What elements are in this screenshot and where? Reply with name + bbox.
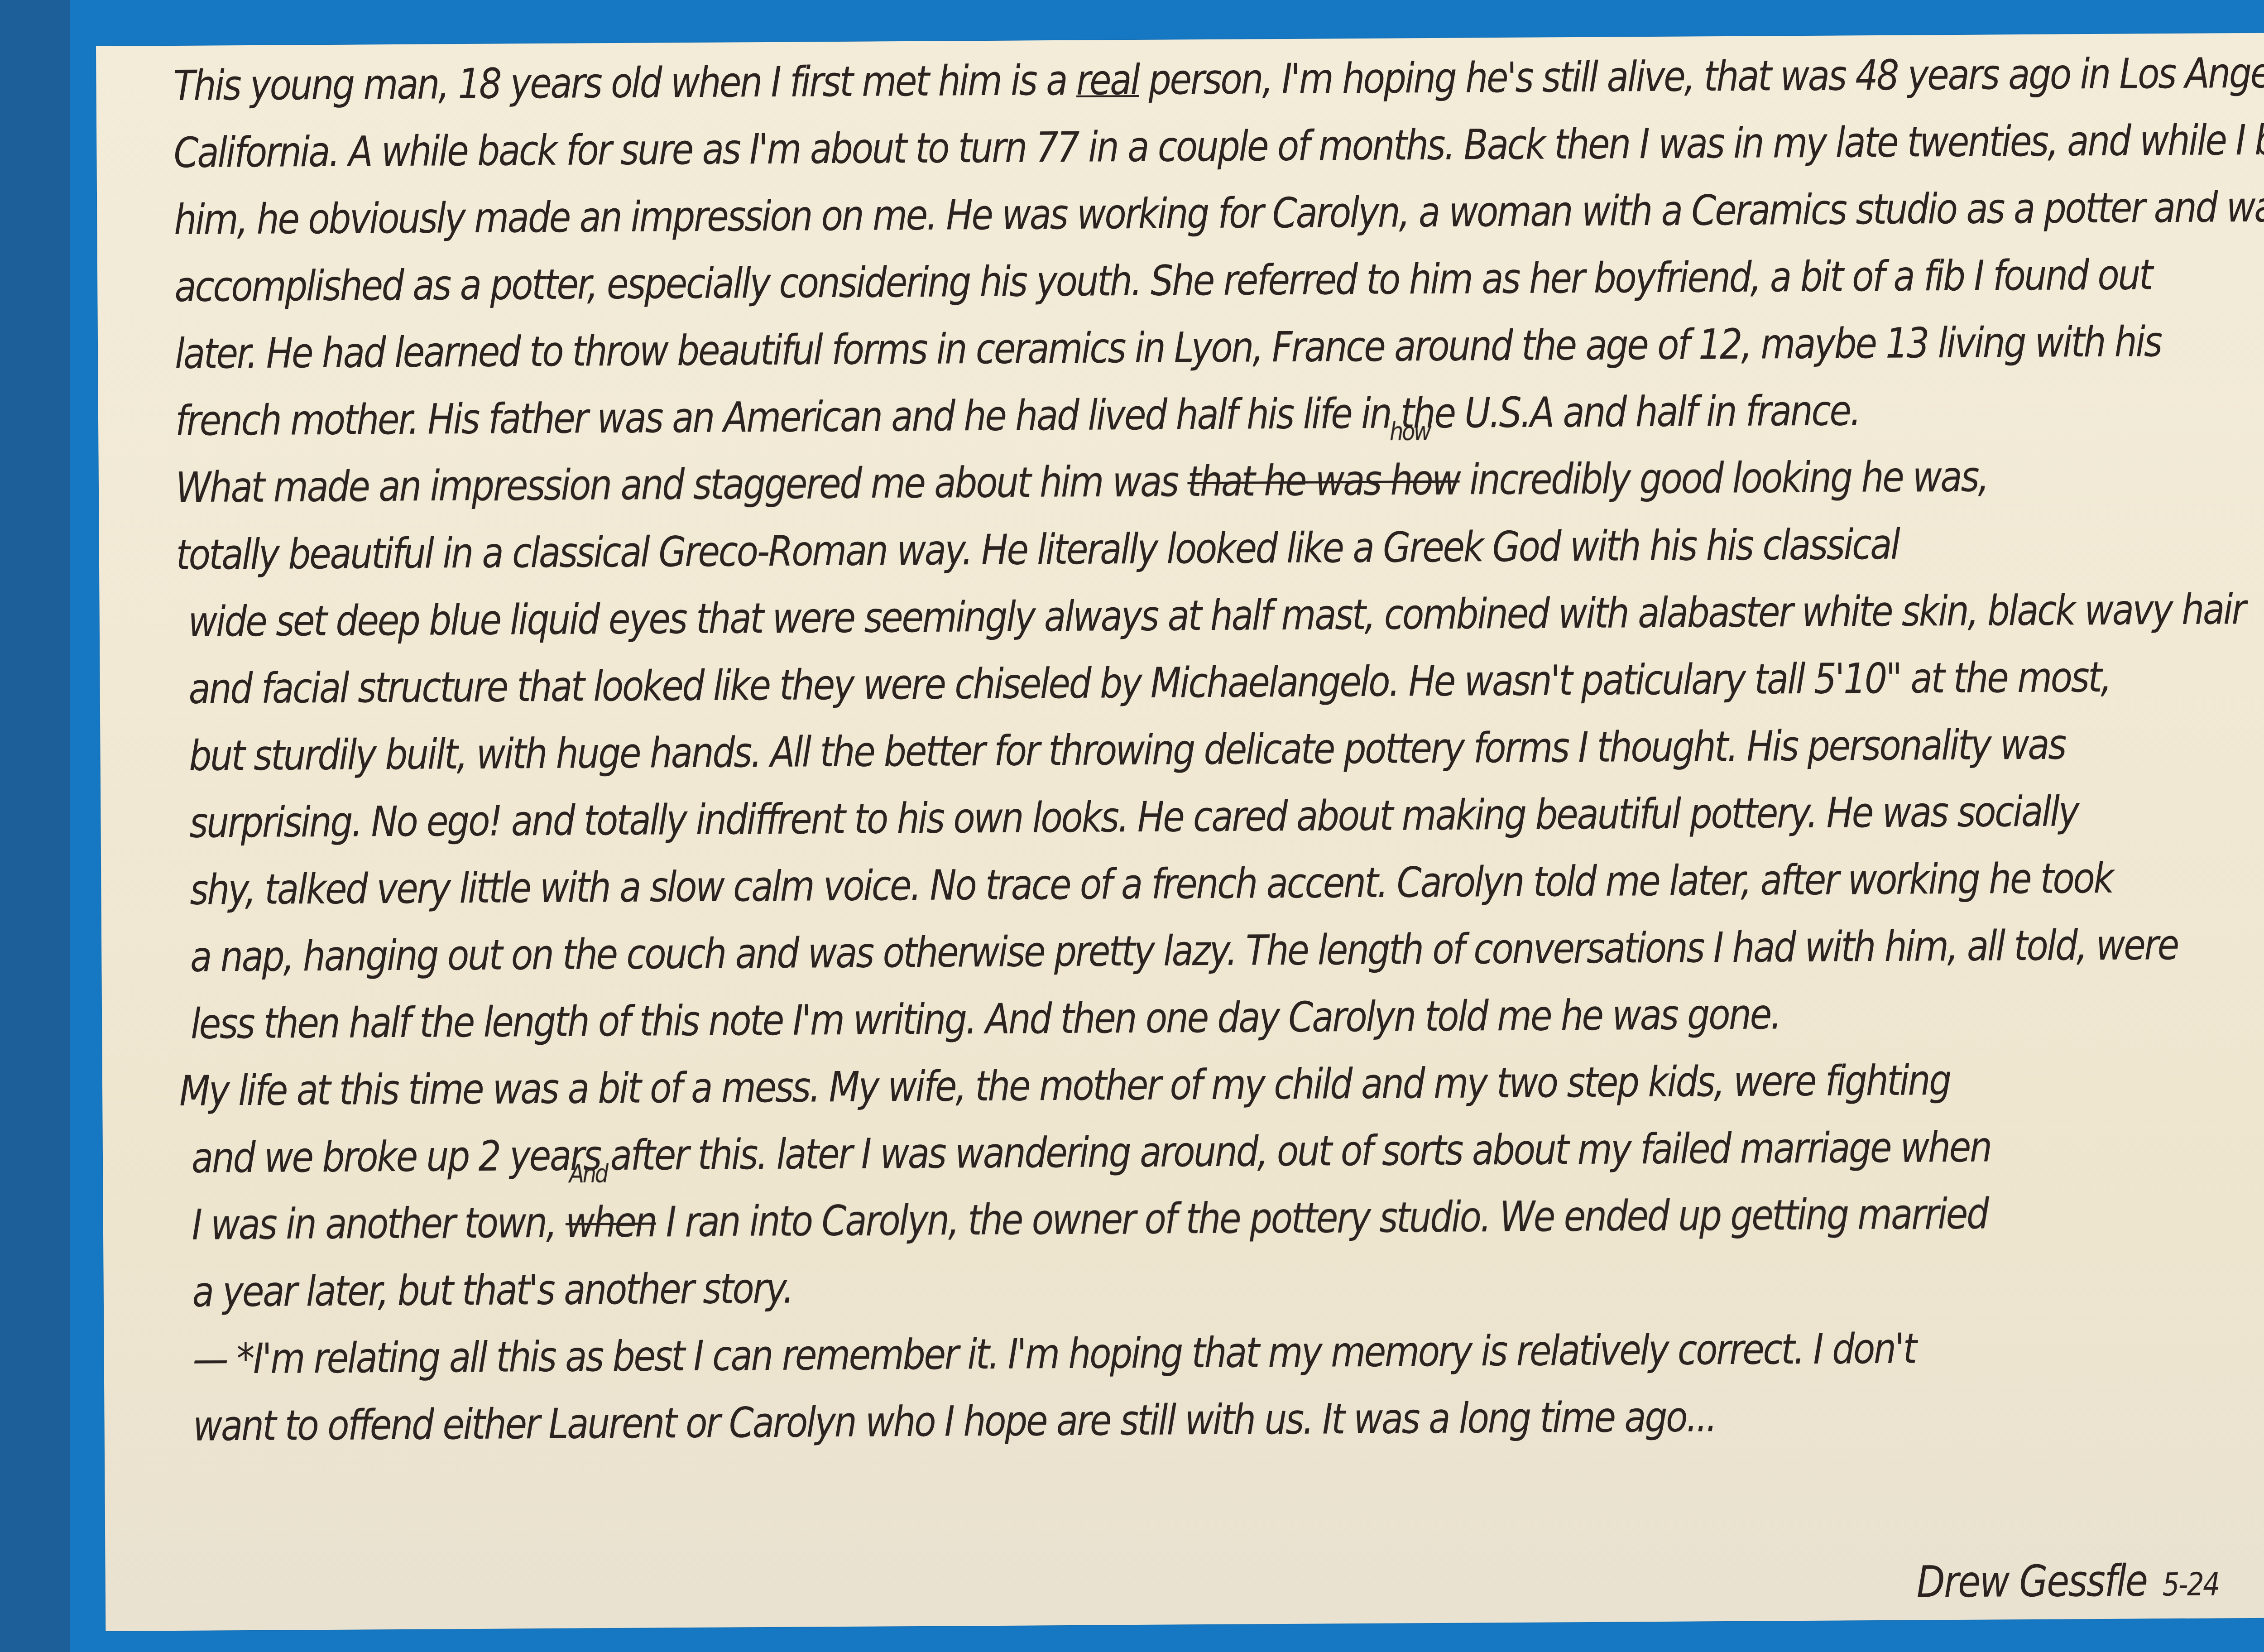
letter-line-11: but sturdily built, with huge hands. All… (177, 712, 1984, 790)
line-text: incredibly good looking he was, (1459, 452, 1988, 504)
letter-line-9: wide set deep blue liquid eyes that were… (176, 578, 1983, 656)
line-text: I ran into Carolyn, the owner of the pot… (656, 1190, 1988, 1247)
line-text: What made an impression and staggered me… (176, 457, 1188, 512)
inserted-text: how (1390, 419, 1430, 445)
letter-line-1: This young man, 18 years old when I firs… (173, 42, 1980, 120)
backdrop-left-strip (0, 0, 70, 1652)
correction: that he was howhow (1187, 447, 1460, 516)
signature-date: 5-24 (2162, 1566, 2219, 1603)
letter-line-6: french mother. His father was an America… (175, 377, 1982, 455)
letter-line-3: him, he obviously made an impression on … (174, 176, 1981, 254)
letter-body: This young man, 18 years old when I firs… (173, 40, 2264, 1460)
letter-line-17: and we broke up 2 years after this. late… (180, 1114, 1987, 1192)
line-text: I was in another town, (192, 1199, 566, 1249)
letter-line-4: accomplished as a potter, especially con… (174, 243, 1981, 321)
letter-paper: This young man, 18 years old when I firs… (96, 33, 2264, 1631)
letter-line-15: less then half the length of this note I… (179, 980, 1986, 1058)
letter-line-7: What made an impression and staggered me… (176, 444, 1983, 522)
letter-line-21: want to offend either Laurent or Carolyn… (181, 1382, 1988, 1460)
letter-line-20: — *I'm relating all this as best I can r… (181, 1315, 1988, 1393)
letter-line-14: a nap, hanging out on the couch and was … (178, 913, 1986, 991)
letter-line-8: totally beautiful in a classical Greco-R… (176, 511, 1983, 589)
letter-line-5: later. He had learned to throw beautiful… (175, 310, 1982, 388)
correction: whenAnd (566, 1189, 657, 1256)
underlined-word: real (1076, 56, 1139, 105)
letter-line-2: California. A while back for sure as I'm… (173, 109, 1981, 187)
inserted-text: And (569, 1161, 607, 1187)
letter-line-13: shy, talked very little with a slow calm… (178, 846, 1985, 924)
struck-text: that he was how (1187, 456, 1460, 506)
letter-line-10: and facial structure that looked like th… (177, 645, 1984, 723)
letter-line-19: a year later, but that's another story. (180, 1248, 1987, 1326)
line-text: This young man, 18 years old when I firs… (173, 56, 1076, 110)
letter-line-18: I was in another town, whenAnd I ran int… (180, 1181, 1987, 1259)
signature: Drew Gessfle5-24 (1916, 1555, 2219, 1607)
letter-line-16: My life at this time was a bit of a mess… (179, 1047, 1986, 1125)
line-text: person, I'm hoping he's still alive, tha… (1138, 48, 2264, 104)
signature-name: Drew Gessfle (1916, 1555, 2147, 1607)
struck-text: when (566, 1198, 657, 1247)
letter-line-12: surprising. No ego! and totally indiffre… (177, 779, 1985, 857)
